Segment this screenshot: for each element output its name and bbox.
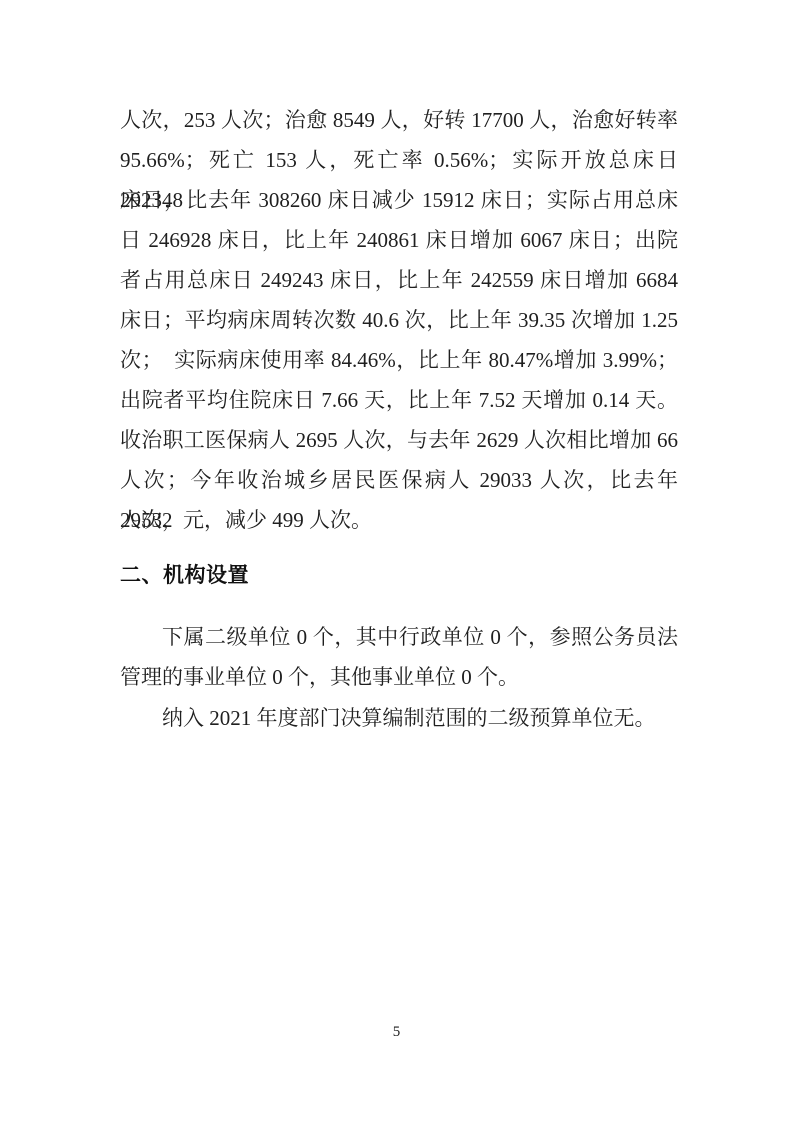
org-setup-line: 管理的事业单位 0 个，其他事业单位 0 个。 — [120, 657, 678, 697]
statistics-line: 人次，元，减少 499 人次。 — [120, 500, 678, 540]
document-page: 人次，253 人次；治愈 8549 人，好转 17700 人，治愈好转率 95.… — [0, 0, 793, 1122]
statistics-line: 出院者平均住院床日 7.66 天，比上年 7.52 天增加 0.14 天。 — [120, 380, 678, 420]
statistics-line: 人次；今年收治城乡居民医保病人 29033 人次，比去年 29532 — [120, 460, 678, 500]
org-setup-paragraph: 下属二级单位 0 个，其中行政单位 0 个，参照公务员法 管理的事业单位 0 个… — [120, 617, 678, 697]
org-setup-line: 下属二级单位 0 个，其中行政单位 0 个，参照公务员法 — [120, 617, 678, 657]
statistics-paragraph: 人次，253 人次；治愈 8549 人，好转 17700 人，治愈好转率 95.… — [120, 100, 678, 540]
statistics-line: 日 246928 床日，比上年 240861 床日增加 6067 床日；出院 — [120, 220, 678, 260]
page-number: 5 — [0, 1021, 793, 1043]
section-heading-organization: 二、机构设置 — [120, 556, 678, 596]
statistics-line: 人次，253 人次；治愈 8549 人，好转 17700 人，治愈好转率 — [120, 100, 678, 140]
budget-scope-paragraph: 纳入 2021 年度部门决算编制范围的二级预算单位无。 — [120, 698, 678, 738]
statistics-line: 者占用总床日 249243 床日，比上年 242559 床日增加 6684 — [120, 260, 678, 300]
statistics-line: 床日，比去年 308260 床日减少 15912 床日；实际占用总床 — [120, 180, 678, 220]
statistics-line: 95.66%；死亡 153 人，死亡率 0.56%；实际开放总床日 292348 — [120, 140, 678, 180]
budget-scope-line: 纳入 2021 年度部门决算编制范围的二级预算单位无。 — [120, 698, 678, 738]
statistics-line: 收治职工医保病人 2695 人次，与去年 2629 人次相比增加 66 — [120, 420, 678, 460]
statistics-line: 次； 实际病床使用率 84.46%，比上年 80.47%增加 3.99%； — [120, 340, 678, 380]
statistics-line: 床日；平均病床周转次数 40.6 次，比上年 39.35 次增加 1.25 — [120, 300, 678, 340]
